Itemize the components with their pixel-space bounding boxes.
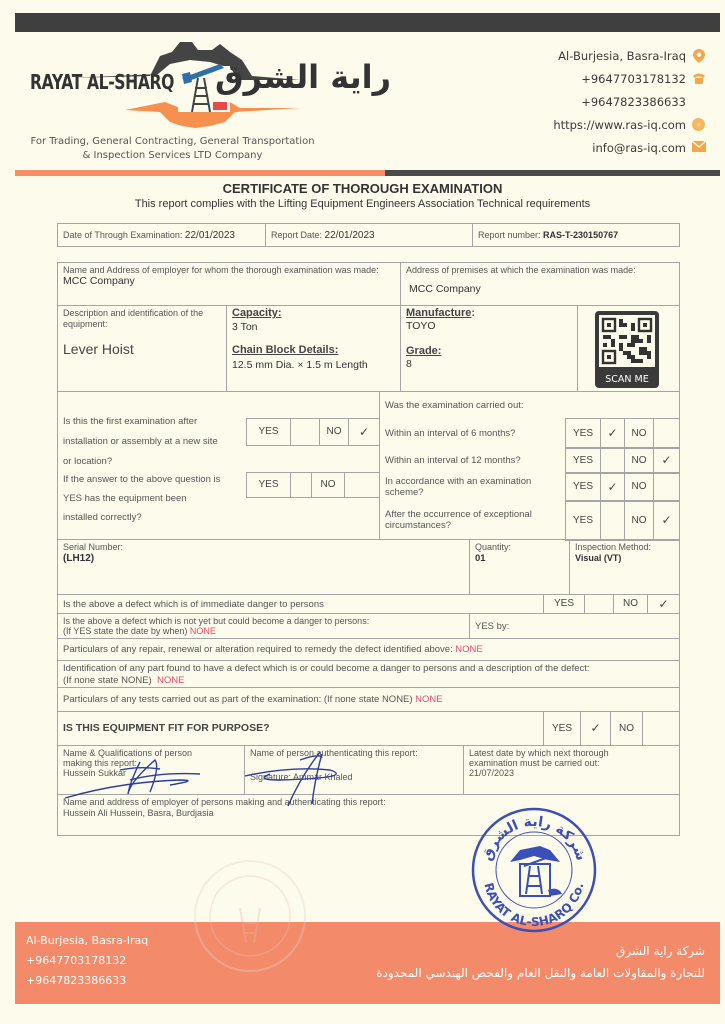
report-date-value: 22/01/2023 <box>325 230 375 241</box>
qr-code[interactable]: SCAN ME <box>595 311 659 388</box>
future-danger-cell: Is the above a defect which is not yet b… <box>57 613 470 639</box>
carried-out-no-label: NO <box>624 447 654 474</box>
installed-yes: YES <box>246 472 291 498</box>
check-mark-icon: ✓ <box>661 453 671 467</box>
method-value: Visual (VT) <box>575 553 674 564</box>
serial-value: (LH12) <box>63 553 464 564</box>
contact-phone-1[interactable]: +9647703178132 <box>553 67 705 90</box>
inspector-signature <box>60 752 210 802</box>
check-mark-icon: ✓ <box>590 721 600 735</box>
immediate-danger-yes: YES <box>543 594 585 614</box>
carried-out-yes-label: YES <box>565 500 601 541</box>
contact-website[interactable]: https://www.ras-iq.com <box>553 113 705 136</box>
next-exam-value: 21/07/2023 <box>469 768 674 778</box>
footer-phone-2[interactable]: +9647823386633 <box>26 971 148 991</box>
carried-out-yes-checkbox[interactable]: ✓ <box>600 472 625 502</box>
first-exam-no: NO <box>319 418 349 446</box>
fit-yes-checkbox[interactable]: ✓ <box>580 711 611 746</box>
future-danger-line-1: Is the above a defect which is not yet b… <box>63 616 464 626</box>
immediate-danger-no-checkbox[interactable]: ✓ <box>647 594 680 614</box>
qr-cell: SCAN ME <box>577 305 680 392</box>
report-number-cell: Report number: RAS-T-230150767 <box>472 223 680 247</box>
premises-value: MCC Company <box>406 284 674 295</box>
exam-date-label: Date of Through Examination: <box>63 230 182 240</box>
contact-address: Al-Burjesia, Basra-Iraq <box>553 44 705 67</box>
check-mark-icon: ✓ <box>607 426 617 440</box>
footer-arabic: شركة راية الشرق للتجارة والمقاولات العام… <box>376 940 705 984</box>
carried-out-yes-checkbox[interactable]: ✓ <box>600 418 625 449</box>
footer-phone-1[interactable]: +9647703178132 <box>26 951 148 971</box>
report-date-cell: Report Date: 22/01/2023 <box>265 223 473 247</box>
future-danger-line-2: (If YES state the date by when) <box>63 626 187 636</box>
header-orange-divider <box>15 170 385 176</box>
exam-date-value: 22/01/2023 <box>185 230 235 241</box>
first-exam-line-2: installation or assembly at a new site <box>63 432 218 452</box>
qr-caption: SCAN ME <box>595 374 659 385</box>
first-exam-line-1: Is this the first examination after <box>63 412 218 432</box>
envelope-icon <box>692 141 705 154</box>
manufacture-value: TOYO <box>406 321 572 332</box>
carried-out-no-checkbox[interactable] <box>653 472 680 502</box>
method-label: Inspection Method: <box>575 542 674 553</box>
repair-cell: Particulars of any repair, renewal or al… <box>57 638 680 661</box>
installed-line-3: installed correctly? <box>63 508 220 527</box>
capacity-label: Capacity: <box>232 308 395 319</box>
carried-out-yes-label: YES <box>565 447 601 474</box>
carried-out-no-label: NO <box>624 472 654 502</box>
authenticator-signature <box>240 748 370 810</box>
fit-yes: YES <box>543 711 581 746</box>
quantity-value: 01 <box>475 553 564 564</box>
certificate-title: CERTIFICATE OF THOROUGH EXAMINATION <box>0 181 725 196</box>
tests-cell: Particulars of any tests carried out as … <box>57 687 680 712</box>
exam-date-cell: Date of Through Examination: 22/01/2023 <box>57 223 266 247</box>
installed-no-checkbox[interactable] <box>344 472 380 498</box>
footer-company-ar: شركة راية الشرق <box>376 940 705 962</box>
premises-cell: Address of premises at which the examina… <box>400 262 680 306</box>
equipment-value: Lever Hoist <box>63 344 221 355</box>
immediate-danger-cell: Is the above a defect which is of immedi… <box>57 594 544 614</box>
globe-icon <box>692 118 705 131</box>
carried-out-no-checkbox[interactable]: ✓ <box>653 500 680 541</box>
phone-1-link[interactable]: +9647703178132 <box>581 72 686 86</box>
company-tagline: For Trading, General Contracting, Genera… <box>20 135 325 163</box>
contact-email[interactable]: info@ras-iq.com <box>553 136 705 159</box>
chain-details-label: Chain Block Details: <box>232 345 395 356</box>
footer-description-ar: للتجارة والمقاولات العامة والنقل العام و… <box>376 962 705 984</box>
next-exam-cell: Latest date by which next thorough exami… <box>463 745 680 795</box>
carried-out-heading: Was the examination carried out: <box>385 400 674 411</box>
qr-pattern-icon <box>599 315 655 367</box>
address-text: Al-Burjesia, Basra-Iraq <box>558 49 686 63</box>
employer-value: MCC Company <box>63 276 395 287</box>
carried-out-question: In accordance with an examination scheme… <box>385 472 565 501</box>
carried-out-yes-checkbox[interactable] <box>600 500 625 541</box>
capacity-value: 3 Ton <box>232 322 395 333</box>
footer-contact: Al-Burjesia, Basra-Iraq +9647703178132 +… <box>26 931 148 991</box>
carried-out-no-label: NO <box>624 418 654 449</box>
phone-2-link[interactable]: +9647823386633 <box>581 95 686 109</box>
carried-out-yes-checkbox[interactable] <box>600 447 625 474</box>
manufacture-cell: Manufacture: TOYO Grade: 8 <box>400 305 578 392</box>
brand-name-ar: راية الشرق <box>215 58 391 96</box>
carried-out-question: Within an interval of 12 months? <box>385 447 565 473</box>
header-dark-divider <box>385 170 720 176</box>
website-link[interactable]: https://www.ras-iq.com <box>553 118 686 132</box>
equipment-label: Description and identification of the eq… <box>63 308 221 330</box>
check-mark-icon: ✓ <box>607 480 617 494</box>
carried-out-no-label: NO <box>624 500 654 541</box>
fit-no-checkbox[interactable] <box>642 711 680 746</box>
fit-for-purpose-question: IS THIS EQUIPMENT FIT FOR PURPOSE? <box>63 722 270 734</box>
carried-out-no-checkbox[interactable]: ✓ <box>653 447 680 474</box>
contact-block: Al-Burjesia, Basra-Iraq +9647703178132 +… <box>553 44 705 159</box>
tagline-line-2: & Inspection Services LTD Company <box>20 149 325 163</box>
check-mark-icon: ✓ <box>658 597 668 611</box>
immediate-danger-yes-checkbox[interactable] <box>584 594 614 614</box>
employer-cell: Name and Address of employer for whom th… <box>57 262 401 306</box>
repair-value: NONE <box>455 644 482 655</box>
capacity-cell: Capacity: 3 Ton Chain Block Details: 12.… <box>226 305 401 392</box>
contact-phone-2[interactable]: +9647823386633 <box>553 90 705 113</box>
installed-line-1: If the answer to the above question is <box>63 470 220 489</box>
report-date-label: Report Date: <box>271 230 322 240</box>
fit-for-purpose-cell: IS THIS EQUIPMENT FIT FOR PURPOSE? <box>57 711 544 746</box>
company-stamp-icon: شركة راية الشرق RAYAT AL-SHARQ Co. <box>470 806 598 934</box>
installed-no: NO <box>311 472 345 498</box>
certificate-subtitle: This report complies with the Lifting Eq… <box>0 198 725 210</box>
location-pin-icon <box>692 49 705 62</box>
tagline-line-1: For Trading, General Contracting, Genera… <box>20 135 325 149</box>
carried-out-question: Within an interval of 6 months? <box>385 418 565 448</box>
immediate-danger-question: Is the above a defect which is of immedi… <box>63 599 324 610</box>
first-exam-yes-checkbox[interactable] <box>290 418 320 446</box>
equipment-cell: Description and identification of the eq… <box>57 305 227 392</box>
report-number-value: RAS-T-230150767 <box>543 230 618 240</box>
quantity-label: Quantity: <box>475 542 564 553</box>
phone-icon <box>692 72 705 85</box>
svg-text:RAYAT AL-SHARQ Co.: RAYAT AL-SHARQ Co. <box>482 881 587 929</box>
check-mark-icon: ✓ <box>359 425 369 439</box>
fit-no: NO <box>610 711 643 746</box>
next-exam-label-2: examination must be carried out: <box>469 758 674 768</box>
yes-by-cell: YES by: <box>469 613 680 639</box>
first-exam-line-3: or location? <box>63 452 218 472</box>
report-number-label: Report number: <box>478 230 541 240</box>
footer-address: Al-Burjesia, Basra-Iraq <box>26 931 148 951</box>
installed-line-2: YES has the equipment been <box>63 489 220 508</box>
header-dark-bar <box>15 13 720 32</box>
next-exam-label-1: Latest date by which next thorough <box>469 748 674 758</box>
grade-label: Grade: <box>406 346 572 357</box>
carried-out-yes-label: YES <box>565 418 601 449</box>
carried-out-no-checkbox[interactable] <box>653 418 680 449</box>
tests-label: Particulars of any tests carried out as … <box>63 694 413 705</box>
future-danger-value: NONE <box>190 626 216 636</box>
email-link[interactable]: info@ras-iq.com <box>592 141 686 155</box>
quantity-cell: Quantity: 01 <box>469 539 570 595</box>
part-defect-line-2: (If none state NONE) <box>63 675 152 686</box>
premises-label: Address of premises at which the examina… <box>406 265 674 276</box>
first-exam-question: Is this the first examination after inst… <box>63 412 218 472</box>
chain-details-value: 12.5 mm Dia. × 1.5 m Length <box>232 360 395 371</box>
part-defect-value: NONE <box>157 675 184 686</box>
yes-by-label: YES by: <box>475 621 509 632</box>
serial-cell: Serial Number: (LH12) <box>57 539 470 595</box>
first-exam-yes: YES <box>246 418 291 446</box>
manufacture-label: Manufacture <box>406 307 471 319</box>
part-defect-cell: Identification of any part found to have… <box>57 660 680 688</box>
method-cell: Inspection Method: Visual (VT) <box>569 539 680 595</box>
carried-out-yes-label: YES <box>565 472 601 502</box>
first-exam-no-checkbox[interactable]: ✓ <box>348 418 380 446</box>
tests-value: NONE <box>415 694 442 705</box>
grade-value: 8 <box>406 359 572 370</box>
repair-label: Particulars of any repair, renewal or al… <box>63 644 453 655</box>
brand-name-en: RAYAT AL-SHARQ <box>30 70 174 94</box>
part-defect-line-1: Identification of any part found to have… <box>63 663 674 675</box>
serial-label: Serial Number: <box>63 542 464 553</box>
installed-question: If the answer to the above question is Y… <box>63 470 220 527</box>
carried-out-question: After the occurrence of exceptional circ… <box>385 500 565 540</box>
immediate-danger-no: NO <box>613 594 648 614</box>
check-mark-icon: ✓ <box>661 513 671 527</box>
embossed-seal-icon <box>190 848 310 978</box>
installed-yes-checkbox[interactable] <box>290 472 312 498</box>
